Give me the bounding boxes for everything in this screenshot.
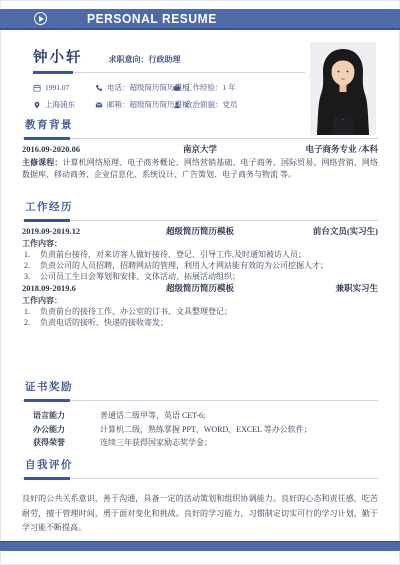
certificate-label: 语言能力	[33, 409, 100, 423]
political-cell: 政治面貌：党员	[173, 99, 238, 110]
name-underline	[33, 71, 305, 74]
certificate-row: 语言能力 普通话二级甲等，英语 CET-6;	[22, 409, 378, 423]
section-divider	[22, 219, 378, 222]
location-cell: 上海浦东	[33, 99, 75, 110]
envelope-icon	[95, 101, 103, 109]
political-text: 政治面貌：党员	[185, 99, 238, 110]
work-title: 工作经历	[25, 199, 378, 214]
education-period: 2016.09-2020.06	[22, 144, 131, 155]
candidate-name: 钟小轩	[33, 46, 83, 67]
certificate-value: 连续三年获得国家励志奖学金；	[100, 436, 212, 450]
education-school: 南京大学	[131, 144, 269, 155]
experience-cell: 工作经验：1 年	[173, 82, 236, 93]
education-major: 电子商务专业 /本科	[269, 144, 378, 155]
section-divider	[22, 137, 378, 140]
play-icon	[34, 12, 47, 25]
location-pin-icon	[33, 101, 41, 109]
name-block: 钟小轩 求职意向：行政助理	[33, 46, 181, 67]
duty-item: 3.公司员工生日会筹划和安排、文体活动、拓展活动组织；	[22, 271, 378, 282]
certificates-title: 证书奖励	[25, 379, 378, 394]
job-company: 超级简历简历模板	[131, 226, 269, 237]
education-title: 教育背景	[25, 117, 378, 132]
courses-label: 主修课程：	[22, 158, 62, 167]
phone-icon	[95, 84, 103, 92]
certificate-label: 办公能力	[33, 423, 100, 437]
certificate-value: 计算机二级，熟练掌握 PPT、WORD、EXCEL 等办公软件；	[100, 423, 312, 437]
self-evaluation-title: 自我评价	[25, 457, 378, 472]
duty-item: 1.负责前台接待，对来访客人做好接待、登记、引导工作,及时通知被访人员；	[22, 249, 378, 260]
calendar-icon	[33, 84, 41, 92]
top-banner: PERSONAL RESUME	[0, 9, 400, 30]
job-objective: 求职意向：行政助理	[109, 54, 181, 65]
person-icon	[173, 101, 181, 109]
section-certificates: 证书奖励 语言能力 普通话二级甲等，英语 CET-6; 办公能力 计算机二级，熟…	[22, 379, 378, 450]
certificate-row: 办公能力 计算机二级，熟练掌握 PPT、WORD、EXCEL 等办公软件；	[22, 423, 378, 437]
duty-list: 1.负责前台的接待工作、办公室的订书、文具整理登记； 2.负责电话的接听、快递的…	[22, 306, 378, 328]
banner-title: PERSONAL RESUME	[87, 12, 217, 26]
section-education: 教育背景 2016.09-2020.06 南京大学 电子商务专业 /本科 主修课…	[22, 117, 378, 180]
job-meta: 2019.09-2019.12 超级简历简历模板 前台文员(实习生)	[22, 226, 378, 237]
location-text: 上海浦东	[45, 99, 75, 110]
education-courses: 主修课程：计算机网络原理、电子商务概论、网络营销基础、电子商务、国际贸易、网络营…	[22, 157, 378, 180]
courses-text: 计算机网络原理、电子商务概论、网络营销基础、电子商务、国际贸易、网络营销、网络数…	[22, 158, 378, 179]
duty-label: 工作内容：	[22, 295, 378, 306]
certificate-row: 获得荣誉 连续三年获得国家励志奖学金；	[22, 436, 378, 450]
duty-list: 1.负责前台接待，对来访客人做好接待、登记、引导工作,及时通知被访人员； 2.负…	[22, 249, 378, 282]
certificate-rows: 语言能力 普通话二级甲等，英语 CET-6; 办公能力 计算机二级，熟练掌握 P…	[22, 409, 378, 450]
birth-date: 1991.07	[45, 83, 69, 92]
certificate-value: 普通话二级甲等，英语 CET-6;	[100, 409, 205, 423]
birth-cell: 1991.07	[33, 82, 69, 93]
section-divider	[22, 399, 378, 402]
experience-text: 工作经验：1 年	[185, 82, 236, 93]
job-company: 超级简历简历模板	[131, 283, 269, 294]
duty-label: 工作内容：	[22, 238, 378, 249]
duty-item: 2.负责公司的人员招聘，招聘网站的管理，利用人才网站能有效的为公司挖掘人才；	[22, 260, 378, 271]
resume-page: PERSONAL RESUME 钟小轩 求职意向：行政助理 1991.07 电话…	[0, 0, 400, 565]
job-role: 兼职实习生	[269, 283, 378, 294]
job-meta: 2018.09-2019.6 超级简历简历模板 兼职实习生	[22, 283, 378, 294]
briefcase-icon	[173, 84, 181, 92]
education-meta: 2016.09-2020.06 南京大学 电子商务专业 /本科	[22, 144, 378, 155]
job-period: 2018.09-2019.6	[22, 283, 131, 294]
section-work: 工作经历 2019.09-2019.12 超级简历简历模板 前台文员(实习生) …	[22, 199, 378, 328]
duty-item: 2.负责电话的接听、快递的接收寄发；	[22, 317, 378, 328]
certificate-label: 获得荣誉	[33, 436, 100, 450]
section-divider	[22, 477, 378, 480]
job-period: 2019.09-2019.12	[22, 226, 131, 237]
section-self-evaluation: 自我评价 良好的公共关系意识，善于沟通，具备一定的活动策划和组织协调能力。良好的…	[22, 457, 378, 536]
job-role: 前台文员(实习生)	[269, 226, 378, 237]
footer-bar	[0, 541, 400, 551]
self-evaluation-text: 良好的公共关系意识，善于沟通，具备一定的活动策划和组织协调能力。良好的心态和责任…	[22, 492, 378, 536]
duty-item: 1.负责前台的接待工作、办公室的订书、文具整理登记；	[22, 306, 378, 317]
